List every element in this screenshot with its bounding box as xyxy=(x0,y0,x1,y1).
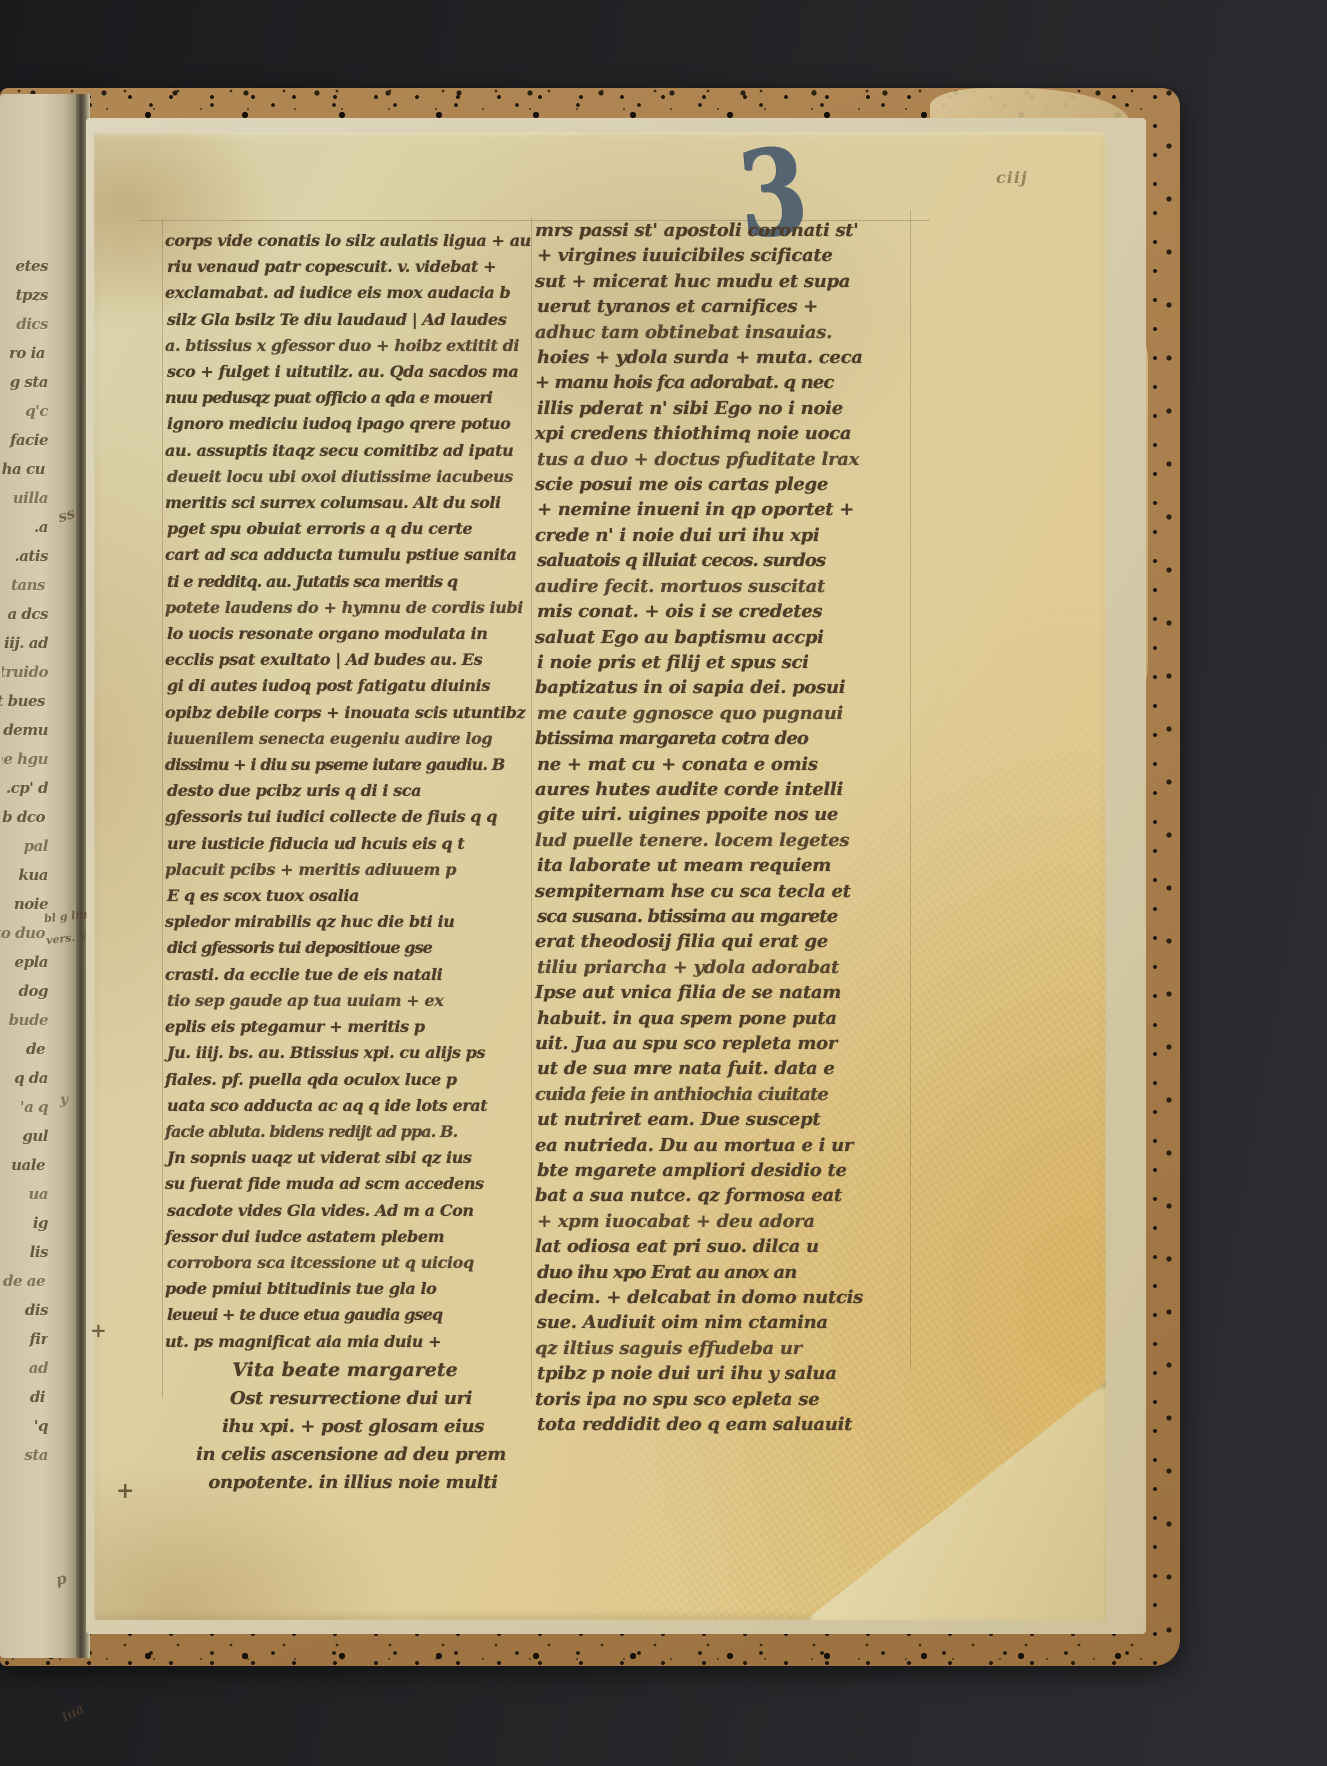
rubric-title: Vita beate margarete xyxy=(165,1355,525,1385)
text-fragment: de xyxy=(0,1035,45,1064)
text-fragment: g sta xyxy=(2,368,48,397)
margin-cross: + xyxy=(90,1318,107,1342)
text-line: in celis ascensione ad deu prem xyxy=(165,1441,537,1469)
text-line: su fuerat fide muda ad scm accedens xyxy=(165,1171,527,1197)
text-line: potete laudens do + hymnu de cordis iubi xyxy=(165,595,527,621)
text-fragment: gul xyxy=(2,1122,48,1151)
text-line: xpi credens thiothimq noie uoca xyxy=(535,421,935,446)
text-line: dici gfessoris tui depositioue gse xyxy=(167,935,529,961)
text-fragment: ha cu xyxy=(0,455,45,484)
text-fragment: q'c xyxy=(2,397,48,426)
text-fragment: a dcs xyxy=(2,600,48,629)
text-fragment: ro ia xyxy=(0,339,45,368)
text-line: sco + fulget i uitutilz. au. Qda sacdos … xyxy=(167,359,529,385)
text-line: ut nutriret eam. Due suscept xyxy=(537,1107,937,1132)
text-fragment: dics xyxy=(2,310,48,339)
text-line: habuit. in qua spem pone puta xyxy=(537,1006,937,1031)
facing-page-line-endings: etestpzsdicsro iag staq'cfacieha cuuilla… xyxy=(2,252,48,1470)
text-line: tpibz p noie dui uri ihu y salua xyxy=(537,1361,937,1386)
text-line: opibz debile corps + inouata scis utunti… xyxy=(165,700,527,726)
text-fragment: a q' xyxy=(2,1093,48,1122)
text-fragment: atis. xyxy=(2,542,48,571)
text-line: dissimu + i diu su pseme iutare gaudiu. … xyxy=(165,752,527,778)
text-line: erat theodosij filia qui erat ge xyxy=(535,929,935,954)
text-line: sempiternam hse cu sca tecla et xyxy=(535,879,935,904)
text-fragment: lis xyxy=(2,1238,48,1267)
margin-cross: + xyxy=(116,1478,134,1504)
text-line: au. assuptis itaqz secu comitibz ad ipat… xyxy=(165,438,527,464)
text-line: scie posui me ois cartas plege xyxy=(535,472,935,497)
incipit-lines: Ost resurrectione dui uriihu xpi. + post… xyxy=(165,1385,537,1497)
left-text-column: corps vide conatis lo silz aulatis ligua… xyxy=(165,228,527,1497)
text-fragment: uale xyxy=(0,1151,45,1180)
text-line: pget spu obuiat erroris a q du certe xyxy=(167,516,529,542)
text-fragment: b dco xyxy=(0,803,45,832)
text-line: a. btissius x gfessor duo + hoibz extiti… xyxy=(165,333,527,359)
text-line: audire fecit. mortuos suscitat xyxy=(535,574,935,599)
text-line: spledor mirabilis qz huc die bti iu xyxy=(165,909,527,935)
text-line: gfessoris tui iudici collecte de fiuis q… xyxy=(165,804,527,830)
text-line: mrs passi st' apostoli coronati st' xyxy=(535,218,935,243)
right-column-lines: mrs passi st' apostoli coronati st'+ vir… xyxy=(535,218,935,1438)
text-line: ita laborate ut meam requiem xyxy=(537,853,937,878)
text-fragment: de ae xyxy=(0,1267,45,1296)
text-fragment: noie xyxy=(2,890,48,919)
text-line: ignoro mediciu iudoq ipago qrere potuo xyxy=(167,411,529,437)
text-line: adhuc tam obtinebat insauias. xyxy=(535,320,935,345)
text-fragment: a. xyxy=(2,513,48,542)
text-line: Ju. iiij. bs. au. Btissius xpi. cu alijs… xyxy=(167,1040,529,1066)
text-line: ihu xpi. + post glosam eius xyxy=(167,1413,539,1441)
text-line: uata sco adducta ac aq q ide lots erat xyxy=(167,1093,529,1119)
text-line: bat a sua nutce. qz formosa eat xyxy=(535,1183,935,1208)
text-line: corrobora sca itcessione ut q uicioq xyxy=(167,1250,529,1276)
text-line: sue. Audiuit oim nim ctamina xyxy=(537,1310,937,1335)
text-line: ne + mat cu + conata e omis xyxy=(537,752,937,777)
text-line: tus a duo + doctus pfuditate lrax xyxy=(537,447,937,472)
text-line: lo uocis resonate organo modulata in xyxy=(167,621,529,647)
text-fragment: demu xyxy=(2,716,48,745)
text-line: + nemine inueni in qp oportet + xyxy=(537,497,937,522)
text-line: me caute ggnosce quo pugnaui xyxy=(537,701,937,726)
text-line: eplis eis ptegamur + meritis p xyxy=(165,1014,527,1040)
text-line: baptizatus in oi sapia dei. posui xyxy=(535,675,935,700)
text-line: cuida feie in anthiochia ciuitate xyxy=(535,1082,935,1107)
ruling-line xyxy=(162,218,163,1398)
text-line: + xpm iuocabat + deu adora xyxy=(537,1209,937,1234)
manuscript-page: 3 ciij corps vide conatis lo silz aulati… xyxy=(94,132,1106,1620)
text-line: ure iusticie fiducia ud hcuis eis q t xyxy=(167,831,529,857)
text-line: mis conat. + ois i se credetes xyxy=(537,599,937,624)
text-line: + manu hois fca adorabat. q nec xyxy=(535,370,935,395)
text-fragment: uilla xyxy=(2,484,48,513)
text-fragment: pal xyxy=(2,832,48,861)
text-fragment: di xyxy=(0,1383,45,1412)
text-fragment: q' xyxy=(2,1412,48,1441)
facing-page-strip: etestpzsdicsro iag staq'cfacieha cuuilla… xyxy=(0,94,78,1658)
text-line: tiliu priarcha + ydola adorabat xyxy=(537,955,937,980)
text-line: lat odiosa eat pri suo. dilca u xyxy=(535,1234,935,1259)
text-fragment: t bues xyxy=(0,687,45,716)
photo-backdrop: etestpzsdicsro iag staq'cfacieha cuuilla… xyxy=(0,0,1327,1766)
text-line: saluat Ego au baptismu accpi xyxy=(535,625,935,650)
text-fragment: epla xyxy=(2,948,48,977)
text-line: Ost resurrectione dui uri xyxy=(165,1385,537,1413)
text-line: crasti. da ecclie tue de eis natali xyxy=(165,962,527,988)
text-line: pode pmiui btitudinis tue gla lo xyxy=(165,1276,527,1302)
text-line: toris ipa no spu sco epleta se xyxy=(535,1387,935,1412)
text-fragment: bude xyxy=(2,1006,48,1035)
text-line: btissima margareta cotra deo xyxy=(535,726,935,751)
text-line: bte mgarete ampliori desidio te xyxy=(537,1158,937,1183)
text-fragment: truido xyxy=(2,658,48,687)
text-line: hoies + ydola surda + muta. ceca xyxy=(537,345,937,370)
text-fragment: tpzs xyxy=(2,281,48,310)
text-line: duo ihu xpo Erat au anox an xyxy=(537,1260,937,1285)
text-line: sut + micerat huc mudu et supa xyxy=(535,269,935,294)
margin-scribble: lua xyxy=(60,1702,87,1726)
text-line: placuit pcibs + meritis adiuuem p xyxy=(165,857,527,883)
text-fragment: tans xyxy=(0,571,45,600)
text-line: meritis sci surrex columsau. Alt du soli xyxy=(165,490,527,516)
text-line: tio sep gaude ap tua uuiam + ex xyxy=(167,988,529,1014)
text-line: qz iltius saguis effudeba ur xyxy=(535,1336,935,1361)
text-line: ut de sua mre nata fuit. data e xyxy=(537,1056,937,1081)
text-fragment: ua xyxy=(2,1180,48,1209)
text-line: ut. ps magnificat aia mia duiu + xyxy=(165,1329,527,1355)
text-line: crede n' i noie dui uri ihu xpi xyxy=(535,523,935,548)
text-line: Jn sopnis uaqz ut viderat sibi qz ius xyxy=(167,1145,529,1171)
text-fragment: ne hgu xyxy=(2,745,48,774)
text-line: lud puelle tenere. locem legetes xyxy=(535,828,935,853)
text-fragment: iij. ad xyxy=(2,629,48,658)
text-line: fessor dui iudce astatem plebem xyxy=(165,1224,527,1250)
text-line: E q es scox tuox osalia xyxy=(167,883,529,909)
text-line: leueui + te duce etua gaudia gseq xyxy=(167,1302,529,1328)
text-line: exclamabat. ad iudice eis mox audacia b xyxy=(165,280,527,306)
text-line: + virgines iuuicibiles scificate xyxy=(537,243,937,268)
text-line: uerut tyranos et carnifices + xyxy=(537,294,937,319)
text-fragment: ig xyxy=(2,1209,48,1238)
text-line: sca susana. btissima au mgarete xyxy=(537,904,937,929)
text-line: riu venaud patr copescuit. v. videbat + xyxy=(167,254,529,280)
text-line: desto due pcibz uris q di i sca xyxy=(167,778,529,804)
text-line: cart ad sca adducta tumulu pstiue sanita xyxy=(165,542,527,568)
left-column-lines: corps vide conatis lo silz aulatis ligua… xyxy=(165,228,527,1355)
text-line: ti e redditq. au. Jutatis sca meritis q xyxy=(167,569,529,595)
text-line: sacdote vides Gla vides. Ad m a Con xyxy=(167,1198,529,1224)
text-line: ecclis psat exultato | Ad budes au. Es xyxy=(165,647,527,673)
text-line: saluatois q illuiat cecos. surdos xyxy=(537,548,937,573)
ruling-line xyxy=(531,218,532,1398)
text-line: ea nutrieda. Du au mortua e i ur xyxy=(535,1133,935,1158)
text-line: fiales. pf. puella qda oculox luce p xyxy=(165,1067,527,1093)
text-fragment: dis xyxy=(2,1296,48,1325)
text-line: iuuenilem senecta eugeniu audire log xyxy=(167,726,529,752)
text-fragment: etes xyxy=(2,252,48,281)
text-line: deueit locu ubi oxoi diutissime iacubeus xyxy=(167,464,529,490)
text-line: gite uiri. uigines ppoite nos ue xyxy=(537,802,937,827)
text-line: corps vide conatis lo silz aulatis ligua… xyxy=(165,228,527,254)
manuscript-book: etestpzsdicsro iag staq'cfacieha cuuilla… xyxy=(0,88,1180,1666)
text-fragment: ad xyxy=(2,1354,48,1383)
text-line: silz Gla bsilz Te diu laudaud | Ad laude… xyxy=(167,307,529,333)
text-line: decim. + delcabat in domo nutcis xyxy=(535,1285,935,1310)
text-fragment: to duo xyxy=(0,919,45,948)
text-fragment: q da xyxy=(2,1064,48,1093)
text-line: facie abluta. bidens redijt ad ppa. B. xyxy=(165,1119,527,1145)
text-fragment: facie xyxy=(2,426,48,455)
text-line: illis pderat n' sibi Ego no i noie xyxy=(537,396,937,421)
text-fragment: sta xyxy=(2,1441,48,1470)
margin-scribble: y xyxy=(60,1092,68,1108)
text-fragment: cp' d. xyxy=(2,774,48,803)
text-fragment: fir xyxy=(2,1325,48,1354)
right-text-column: mrs passi st' apostoli coronati st'+ vir… xyxy=(535,218,935,1438)
text-line: uit. Jua au spu sco repleta mor xyxy=(535,1031,935,1056)
text-line: i noie pris et filij et spus sci xyxy=(537,650,937,675)
text-line: onpotente. in illius noie multi xyxy=(167,1469,539,1497)
text-line: aures hutes audite corde intelli xyxy=(535,777,935,802)
text-fragment: kua xyxy=(2,861,48,890)
folio-mark: ciij xyxy=(996,168,1028,187)
text-line: tota reddidit deo q eam saluauit xyxy=(537,1412,937,1437)
text-line: gi di autes iudoq post fatigatu diuinis xyxy=(167,673,529,699)
text-fragment: dog xyxy=(2,977,48,1006)
text-line: Ipse aut vnica filia de se natam xyxy=(535,980,935,1005)
text-line: nuu pedusqz puat officio a qda e moueri xyxy=(165,385,527,411)
